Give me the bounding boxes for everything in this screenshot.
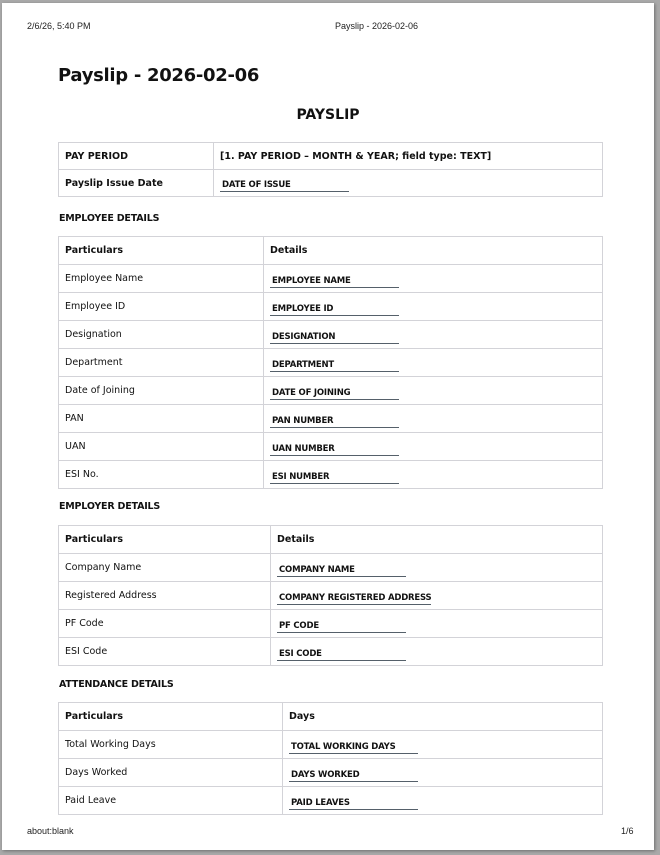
table-row: PAY PERIOD [1. PAY PERIOD – MONTH & YEAR… [59,143,603,170]
company-name-field[interactable]: COMPANY NAME [277,559,406,577]
row-label: Days Worked [59,759,283,787]
designation-field[interactable]: DESIGNATION [270,326,399,344]
department-field[interactable]: DEPARTMENT [270,354,399,372]
days-worked-field[interactable]: DAYS WORKED [289,764,418,782]
table-row: Employee NameEMPLOYEE NAME [59,265,603,293]
date-of-joining-field[interactable]: DATE OF JOINING [270,382,399,400]
esi-code-field[interactable]: ESI CODE [277,643,406,661]
paid-leaves-field[interactable]: PAID LEAVES [289,792,418,810]
column-header: Particulars [59,237,264,265]
table-row: Registered AddressCOMPANY REGISTERED ADD… [59,582,603,610]
table-row: PANPAN NUMBER [59,405,603,433]
table-header-row: Particulars Days [59,703,603,731]
table-row: Days WorkedDAYS WORKED [59,759,603,787]
table-row: ESI CodeESI CODE [59,638,603,666]
table-row: Total Working DaysTOTAL WORKING DAYS [59,731,603,759]
uan-field[interactable]: UAN NUMBER [270,438,399,456]
employee-id-field[interactable]: EMPLOYEE ID [270,298,399,316]
row-label: ESI Code [59,638,271,666]
total-working-days-field[interactable]: TOTAL WORKING DAYS [289,736,418,754]
table-row: Paid LeavePAID LEAVES [59,787,603,815]
issue-date-field[interactable]: DATE OF ISSUE [220,174,349,192]
row-label: Company Name [59,554,271,582]
row-label: Total Working Days [59,731,283,759]
pay-period-label: PAY PERIOD [59,143,214,170]
table-row: Employee IDEMPLOYEE ID [59,293,603,321]
esi-number-field[interactable]: ESI NUMBER [270,466,399,484]
row-label: ESI No. [59,461,264,489]
row-label: UAN [59,433,264,461]
row-label: Department [59,349,264,377]
print-footer-page-number: 1/6 [621,826,634,836]
table-header-row: Particulars Details [59,526,603,554]
print-header-title: Payslip - 2026-02-06 [335,21,418,31]
row-label: Employee Name [59,265,264,293]
print-header-datetime: 2/6/26, 5:40 PM [27,21,91,31]
issue-date-label: Payslip Issue Date [59,170,214,197]
employee-details-heading: EMPLOYEE DETAILS [59,213,159,224]
document-title: Payslip - 2026-02-06 [58,65,259,86]
row-label: Date of Joining [59,377,264,405]
employee-name-field[interactable]: EMPLOYEE NAME [270,270,399,288]
employer-details-heading: EMPLOYER DETAILS [59,501,160,512]
row-label: Paid Leave [59,787,283,815]
row-label: Employee ID [59,293,264,321]
table-header-row: Particulars Details [59,237,603,265]
column-header: Particulars [59,526,271,554]
table-row: ESI No.ESI NUMBER [59,461,603,489]
payslip-heading: PAYSLIP [2,107,654,123]
column-header: Days [283,703,603,731]
print-footer-url: about:blank [27,826,74,836]
attendance-details-table: Particulars Days Total Working DaysTOTAL… [58,702,603,815]
attendance-details-heading: ATTENDANCE DETAILS [59,679,174,690]
employee-details-table: Particulars Details Employee NameEMPLOYE… [58,236,603,489]
table-row: Date of JoiningDATE OF JOINING [59,377,603,405]
row-label: Registered Address [59,582,271,610]
pay-period-value: [1. PAY PERIOD – MONTH & YEAR; field typ… [214,143,603,170]
table-row: UANUAN NUMBER [59,433,603,461]
column-header: Particulars [59,703,283,731]
table-row: DesignationDESIGNATION [59,321,603,349]
row-label: PAN [59,405,264,433]
pay-period-table: PAY PERIOD [1. PAY PERIOD – MONTH & YEAR… [58,142,603,197]
pan-field[interactable]: PAN NUMBER [270,410,399,428]
table-row: Payslip Issue Date DATE OF ISSUE [59,170,603,197]
column-header: Details [271,526,603,554]
registered-address-field[interactable]: COMPANY REGISTERED ADDRESS [277,587,431,605]
print-page: 2/6/26, 5:40 PM Payslip - 2026-02-06 Pay… [2,3,654,850]
row-label: PF Code [59,610,271,638]
table-row: PF CodePF CODE [59,610,603,638]
row-label: Designation [59,321,264,349]
employer-details-table: Particulars Details Company NameCOMPANY … [58,525,603,666]
table-row: DepartmentDEPARTMENT [59,349,603,377]
column-header: Details [264,237,603,265]
pf-code-field[interactable]: PF CODE [277,615,406,633]
table-row: Company NameCOMPANY NAME [59,554,603,582]
